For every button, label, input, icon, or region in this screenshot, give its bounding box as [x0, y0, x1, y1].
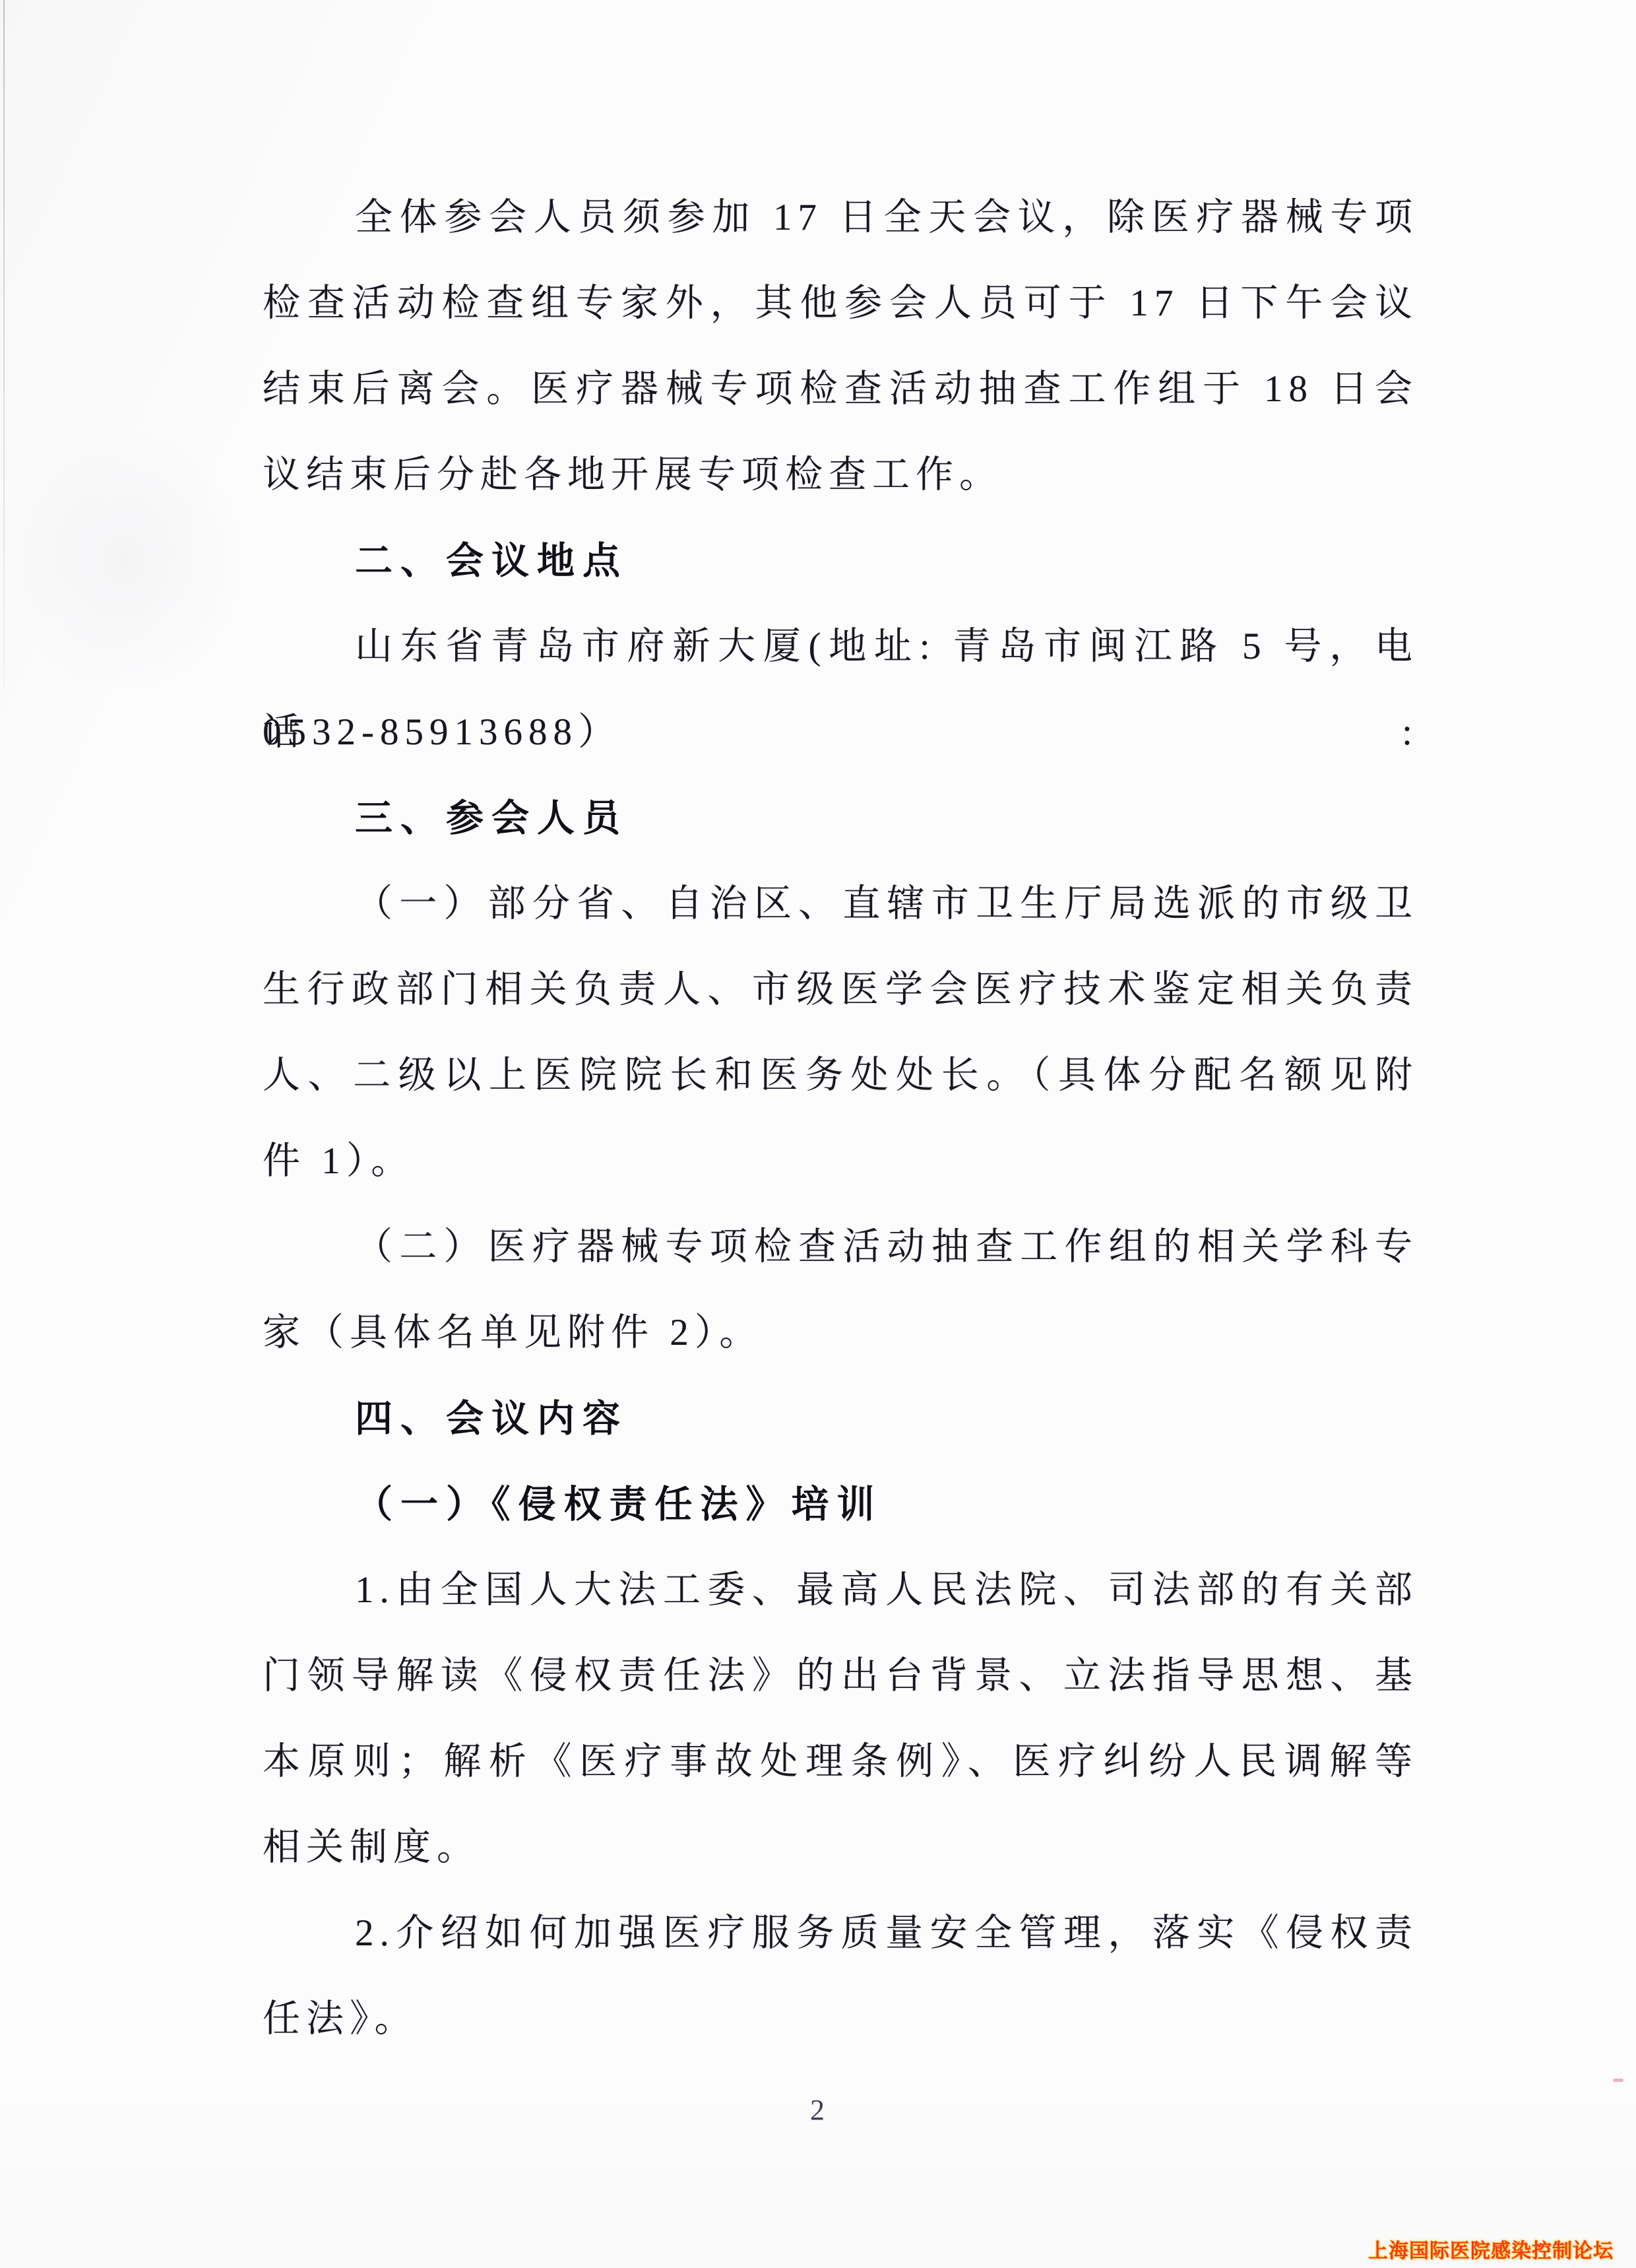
- text-line: 门领导解读《侵权责任法》的出台背景、立法指导思想、基: [263, 1633, 1418, 1719]
- scan-fold-shadow: [0, 422, 251, 699]
- text-line: 2.介绍如何加强医疗服务质量安全管理，落实《侵权责: [263, 1891, 1418, 1976]
- text-line: 本原则；解析《医疗事故处理条例》、医疗纠纷人民调解等: [263, 1719, 1418, 1805]
- text-line: （一）《侵权责任法》培训: [263, 1462, 1418, 1547]
- text-line: （二）医疗器械专项检查活动抽查工作组的相关学科专: [263, 1204, 1418, 1290]
- text-line: 四、会议内容: [263, 1376, 1418, 1462]
- text-line: 相关制度。: [263, 1805, 1418, 1891]
- page-number: 2: [810, 2090, 825, 2130]
- watermark: 上海国际医院感染控制论坛: [1368, 2240, 1614, 2263]
- scan-pink-artifact: [1613, 2079, 1623, 2082]
- text-line: （一）部分省、自治区、直辖市卫生厅局选派的市级卫: [263, 861, 1418, 947]
- page: 全体参会人员须参加 17 日全天会议，除医疗器械专项检查活动检查组专家外，其他参…: [0, 0, 1636, 2268]
- text-line: 件 1）。: [263, 1118, 1418, 1204]
- text-line: 检查活动检查组专家外，其他参会人员可于 17 日下午会议: [263, 261, 1418, 346]
- text-line: 家（具体名单见附件 2）。: [263, 1290, 1418, 1376]
- text-line: 全体参会人员须参加 17 日全天会议，除医疗器械专项: [263, 175, 1418, 261]
- text-line: 任法》。: [263, 1976, 1418, 2062]
- text-line: 二、会议地点: [263, 518, 1418, 604]
- text-line: 生行政部门相关负责人、市级医学会医疗技术鉴定相关负责: [263, 947, 1418, 1033]
- text-line: 山东省青岛市府新大厦(地址: 青岛市闽江路 5 号，电话:: [263, 604, 1418, 690]
- text-line: 议结束后分赴各地开展专项检查工作。: [263, 432, 1418, 518]
- text-line: 1.由全国人大法工委、最高人民法院、司法部的有关部: [263, 1547, 1418, 1633]
- document-body: 全体参会人员须参加 17 日全天会议，除医疗器械专项检查活动检查组专家外，其他参…: [263, 175, 1418, 2062]
- text-line: 结束后离会。医疗器械专项检查活动抽查工作组于 18 日会: [263, 346, 1418, 432]
- text-line: 人、二级以上医院院长和医务处处长。（具体分配名额见附: [263, 1033, 1418, 1118]
- text-line: 三、参会人员: [263, 775, 1418, 861]
